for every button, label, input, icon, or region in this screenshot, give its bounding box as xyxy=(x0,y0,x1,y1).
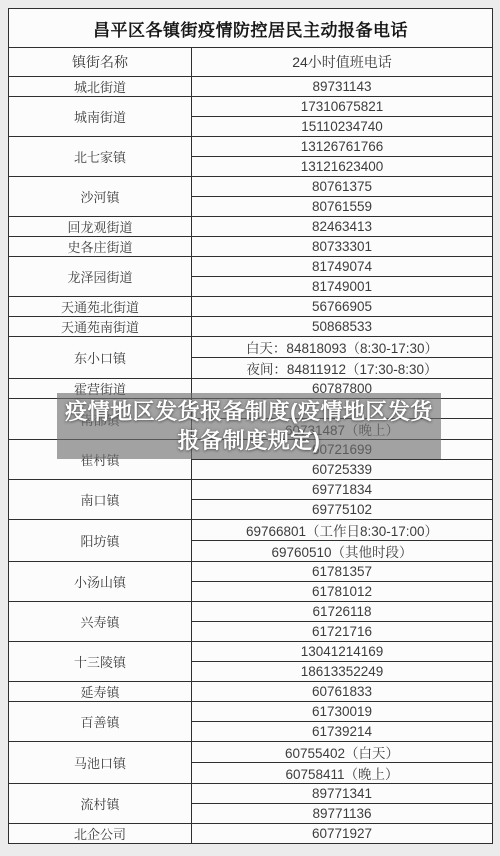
town-name: 史各庄街道 xyxy=(9,237,192,257)
phone-number: 60771927 xyxy=(192,824,493,844)
table-row: 十三陵镇13041214169 xyxy=(9,642,493,662)
phone-number: 80761559 xyxy=(192,197,493,217)
town-name: 回龙观街道 xyxy=(9,217,192,237)
phone-number: 61721716 xyxy=(192,622,493,642)
town-name: 天通苑北街道 xyxy=(9,297,192,317)
column-header-town: 镇街名称 xyxy=(9,48,192,77)
phone-number: 18613352249 xyxy=(192,662,493,682)
phone-number: 80733301 xyxy=(192,237,493,257)
phone-number: 50868533 xyxy=(192,317,493,337)
town-name: 北七家镇 xyxy=(9,137,192,177)
table-row: 南口镇69771834 xyxy=(9,480,493,500)
town-name: 流村镇 xyxy=(9,784,192,824)
table-row: 南邵镇 xyxy=(9,399,493,419)
table-header-row: 镇街名称 24小时值班电话 xyxy=(9,48,493,77)
table-row: 北七家镇13126761766 xyxy=(9,137,493,157)
table-row: 流村镇89771341 xyxy=(9,784,493,804)
phone-number: 81749074 xyxy=(192,257,493,277)
phone-number: 15110234740 xyxy=(192,117,493,137)
phone-number: 61726118 xyxy=(192,602,493,622)
phone-number: 89771341 xyxy=(192,784,493,804)
table-row: 马池口镇60755402（白天） xyxy=(9,742,493,763)
town-name: 百善镇 xyxy=(9,702,192,742)
town-name: 南口镇 xyxy=(9,480,192,520)
phone-number: 13041214169 xyxy=(192,642,493,662)
table-row: 延寿镇60761833 xyxy=(9,682,493,702)
table-row: 北企公司60771927 xyxy=(9,824,493,844)
town-name: 沙河镇 xyxy=(9,177,192,217)
town-name: 东小口镇 xyxy=(9,337,192,379)
phone-number: 69775102 xyxy=(192,500,493,520)
phone-number: 61781012 xyxy=(192,582,493,602)
phone-number: 61730019 xyxy=(192,702,493,722)
phone-number xyxy=(192,399,493,419)
town-name: 城南街道 xyxy=(9,97,192,137)
town-name: 马池口镇 xyxy=(9,742,192,784)
table-row: 崔村镇60721699 xyxy=(9,440,493,460)
phone-number: 81749001 xyxy=(192,277,493,297)
page: 昌平区各镇街疫情防控居民主动报备电话 镇街名称 24小时值班电话 城北街道897… xyxy=(0,0,500,856)
phone-number: 80761375 xyxy=(192,177,493,197)
report-phone-table: 昌平区各镇街疫情防控居民主动报备电话 镇街名称 24小时值班电话 城北街道897… xyxy=(8,8,493,844)
phone-number: 69766801（工作日8:30-17:00） xyxy=(192,520,493,541)
table-row: 天通苑北街道56766905 xyxy=(9,297,493,317)
phone-number: 60761833 xyxy=(192,682,493,702)
phone-number: 夜间：84811912（17:30-8:30） xyxy=(192,358,493,379)
town-name: 天通苑南街道 xyxy=(9,317,192,337)
table-row: 天通苑南街道50868533 xyxy=(9,317,493,337)
table-row: 霍营街道60787800 xyxy=(9,379,493,399)
table-row: 城北街道89731143 xyxy=(9,77,493,97)
phone-number: 60787800 xyxy=(192,379,493,399)
table-row: 沙河镇80761375 xyxy=(9,177,493,197)
table-row: 百善镇61730019 xyxy=(9,702,493,722)
phone-number: 17310675821 xyxy=(192,97,493,117)
column-header-phone: 24小时值班电话 xyxy=(192,48,493,77)
town-name: 兴寿镇 xyxy=(9,602,192,642)
phone-number: 60731487（晚上） xyxy=(192,419,493,440)
town-name: 崔村镇 xyxy=(9,440,192,480)
town-name: 霍营街道 xyxy=(9,379,192,399)
phone-number: 69760510（其他时段） xyxy=(192,541,493,562)
town-name: 城北街道 xyxy=(9,77,192,97)
phone-number: 白天：84818093（8:30-17:30） xyxy=(192,337,493,358)
table-row: 兴寿镇61726118 xyxy=(9,602,493,622)
table-row: 龙泽园街道81749074 xyxy=(9,257,493,277)
phone-number: 60758411（晚上） xyxy=(192,763,493,784)
town-name: 小汤山镇 xyxy=(9,562,192,602)
phone-number: 89731143 xyxy=(192,77,493,97)
table-row: 东小口镇白天：84818093（8:30-17:30） xyxy=(9,337,493,358)
phone-number: 60721699 xyxy=(192,440,493,460)
table-row: 城南街道17310675821 xyxy=(9,97,493,117)
phone-number: 61739214 xyxy=(192,722,493,742)
phone-number: 60725339 xyxy=(192,460,493,480)
phone-number: 69771834 xyxy=(192,480,493,500)
town-name: 阳坊镇 xyxy=(9,520,192,562)
table-row: 小汤山镇61781357 xyxy=(9,562,493,582)
town-name: 北企公司 xyxy=(9,824,192,844)
phone-number: 56766905 xyxy=(192,297,493,317)
table-body: 城北街道89731143城南街道1731067582115110234740北七… xyxy=(9,77,493,844)
phone-number: 60755402（白天） xyxy=(192,742,493,763)
table-row: 阳坊镇69766801（工作日8:30-17:00） xyxy=(9,520,493,541)
town-name: 南邵镇 xyxy=(9,399,192,440)
town-name: 龙泽园街道 xyxy=(9,257,192,297)
phone-number: 89771136 xyxy=(192,804,493,824)
phone-number: 13121623400 xyxy=(192,157,493,177)
phone-number: 13126761766 xyxy=(192,137,493,157)
phone-number: 61781357 xyxy=(192,562,493,582)
table-title: 昌平区各镇街疫情防控居民主动报备电话 xyxy=(9,9,493,48)
town-name: 十三陵镇 xyxy=(9,642,192,682)
town-name: 延寿镇 xyxy=(9,682,192,702)
table-title-row: 昌平区各镇街疫情防控居民主动报备电话 xyxy=(9,9,493,48)
table-row: 回龙观街道82463413 xyxy=(9,217,493,237)
phone-number: 82463413 xyxy=(192,217,493,237)
table-row: 史各庄街道80733301 xyxy=(9,237,493,257)
